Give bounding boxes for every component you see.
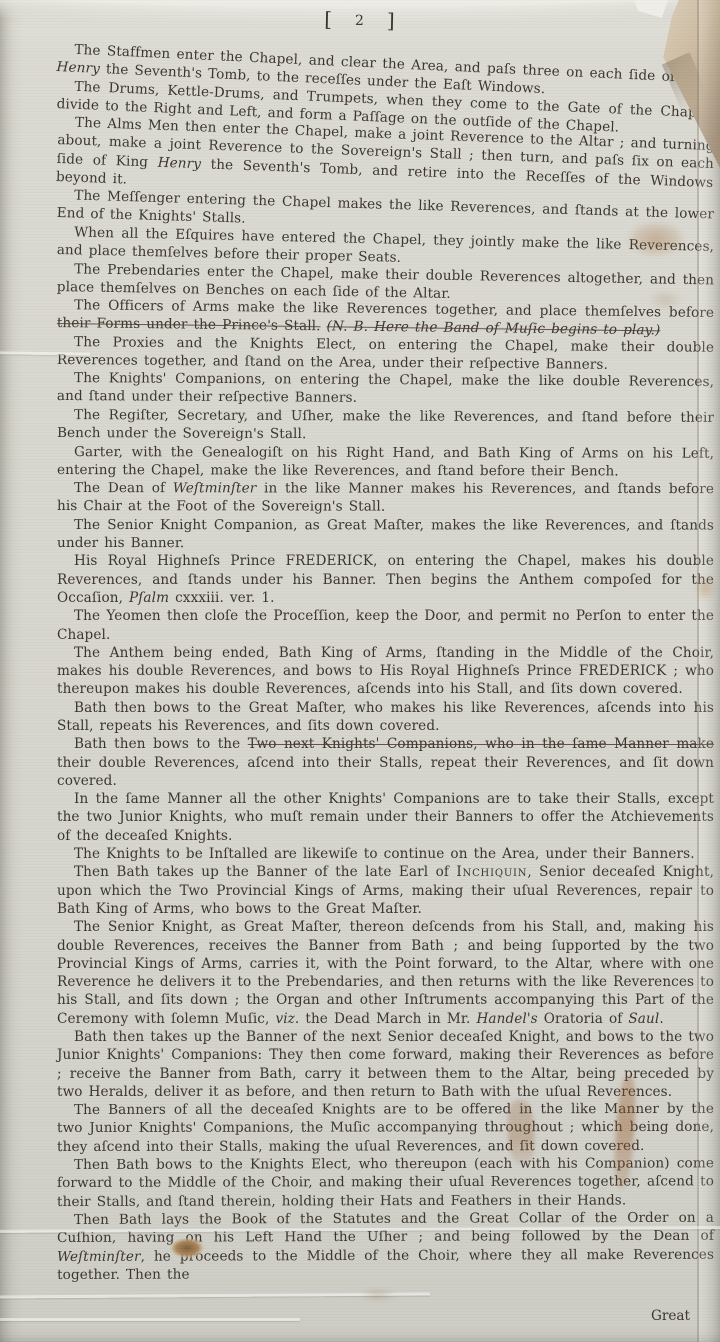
paragraph-22: The Senior Knight, as Great Maſter, ther… bbox=[57, 918, 714, 1028]
text-run: The Regiſter, Secretary, and Uſher, make… bbox=[57, 407, 714, 442]
page-edge-strip bbox=[699, 0, 720, 1342]
paragraph-25: Then Bath bows to the Knights Elect, who… bbox=[57, 1154, 714, 1211]
struck-text: Two next Knights' Companions, who in the… bbox=[248, 736, 714, 752]
paragraph-18: Bath then bows to the Two next Knights' … bbox=[57, 735, 714, 790]
text-run: Inchiquin bbox=[456, 864, 527, 880]
paragraph-24: The Banners of all the deceaſed Knights … bbox=[57, 1100, 714, 1156]
text-run: In the ſame Manner all the other Knights… bbox=[57, 791, 714, 844]
paper-hole bbox=[170, 1238, 204, 1258]
text-run: Garter, with the Genealogiſt on his Righ… bbox=[57, 444, 714, 480]
text-run: Then Bath bows to the Knights Elect, who… bbox=[57, 1155, 714, 1209]
text-run: Handel's bbox=[476, 1011, 537, 1027]
text-body: The Staffmen enter the Chapel, and clear… bbox=[0, 40, 720, 1284]
page-number-right-bracket: ] bbox=[387, 9, 396, 33]
text-run: The Banners of all the deceaſed Knights … bbox=[57, 1101, 714, 1155]
text-run: Pſalm bbox=[129, 590, 169, 606]
text-run: Then Bath lays the Book of the Statutes … bbox=[57, 1210, 714, 1247]
text-run: Weſtminſter bbox=[57, 1248, 141, 1264]
text-run: the Dead March in Mr. bbox=[299, 1011, 476, 1027]
paragraph-12: The Dean of Weſtminſter in the like Mann… bbox=[57, 479, 714, 517]
paragraph-11: Garter, with the Genealogiſt on his Righ… bbox=[57, 443, 714, 481]
text-run: . bbox=[659, 1011, 663, 1027]
text-run: Henry bbox=[56, 59, 100, 77]
document-page: [2] The Staffmen enter the Chapel, and c… bbox=[0, 0, 720, 1342]
paragraph-20: The Knights to be Inſtalled are likewiſe… bbox=[57, 845, 714, 863]
text-run: Bath then takes up the Banner of the nex… bbox=[57, 1029, 714, 1100]
text-run: Bath then bows to the bbox=[74, 736, 248, 752]
paragraph-15: The Yeomen then cloſe the Proceſſion, ke… bbox=[57, 607, 714, 644]
paragraph-19: In the ſame Manner all the other Knights… bbox=[57, 790, 714, 845]
text-run: Weſtminſter bbox=[173, 480, 257, 496]
text-run: Bath then bows to the Great Maſter, who … bbox=[57, 700, 714, 734]
paragraph-13: The Senior Knight Companion, as Great Ma… bbox=[57, 516, 714, 553]
text-run: The Anthem being ended, Bath King of Arm… bbox=[57, 645, 714, 698]
text-run: Henry bbox=[157, 154, 201, 172]
paragraph-17: Bath then bows to the Great Maſter, who … bbox=[57, 699, 714, 736]
text-run: The Knights' Companions, on entering the… bbox=[57, 370, 714, 406]
text-run: The Senior Knight Companion, as Great Ma… bbox=[57, 517, 714, 551]
struck-text: their Forms under the Prince's Stall. bbox=[57, 315, 321, 334]
paragraph-9: The Knights' Companions, on entering the… bbox=[57, 369, 714, 410]
paragraph-23: Bath then takes up the Banner of the nex… bbox=[57, 1028, 714, 1101]
crease-line bbox=[0, 1318, 300, 1321]
text-run: Oratoria of bbox=[538, 1011, 629, 1027]
text-run: The Dean of bbox=[74, 480, 173, 496]
text-run: viz. bbox=[275, 1011, 299, 1027]
paragraph-10: The Regiſter, Secretary, and Uſher, make… bbox=[57, 406, 714, 445]
text-run: their double Reverences, aſcend into the… bbox=[57, 755, 714, 789]
text-run: , he proceeds to the Middle of the Choir… bbox=[57, 1246, 714, 1283]
paragraph-21: Then Bath takes up the Banner of the lat… bbox=[57, 863, 714, 918]
text-run: Then Bath takes up the Banner of the lat… bbox=[74, 864, 456, 880]
text-run: Saul bbox=[628, 1011, 659, 1027]
page-number-left-bracket: [ bbox=[324, 7, 333, 31]
paragraph-16: The Anthem being ended, Bath King of Arm… bbox=[57, 644, 714, 699]
text-run: The Proxies and the Knights Elect, on en… bbox=[57, 334, 714, 373]
crease-line bbox=[0, 1292, 430, 1298]
page-number: 2 bbox=[355, 13, 365, 29]
stain bbox=[358, 1288, 398, 1302]
text-run: The Yeomen then cloſe the Proceſſion, ke… bbox=[57, 608, 714, 642]
text-run: The Knights to be Inſtalled are likewiſe… bbox=[74, 846, 695, 862]
paragraph-26: Then Bath lays the Book of the Statutes … bbox=[57, 1209, 714, 1284]
paragraph-14: His Royal Highneſs Prince FREDERICK, on … bbox=[57, 552, 714, 607]
text-run: cxxxiii. ver. 1. bbox=[169, 590, 274, 606]
catchword: Great bbox=[651, 1308, 690, 1324]
